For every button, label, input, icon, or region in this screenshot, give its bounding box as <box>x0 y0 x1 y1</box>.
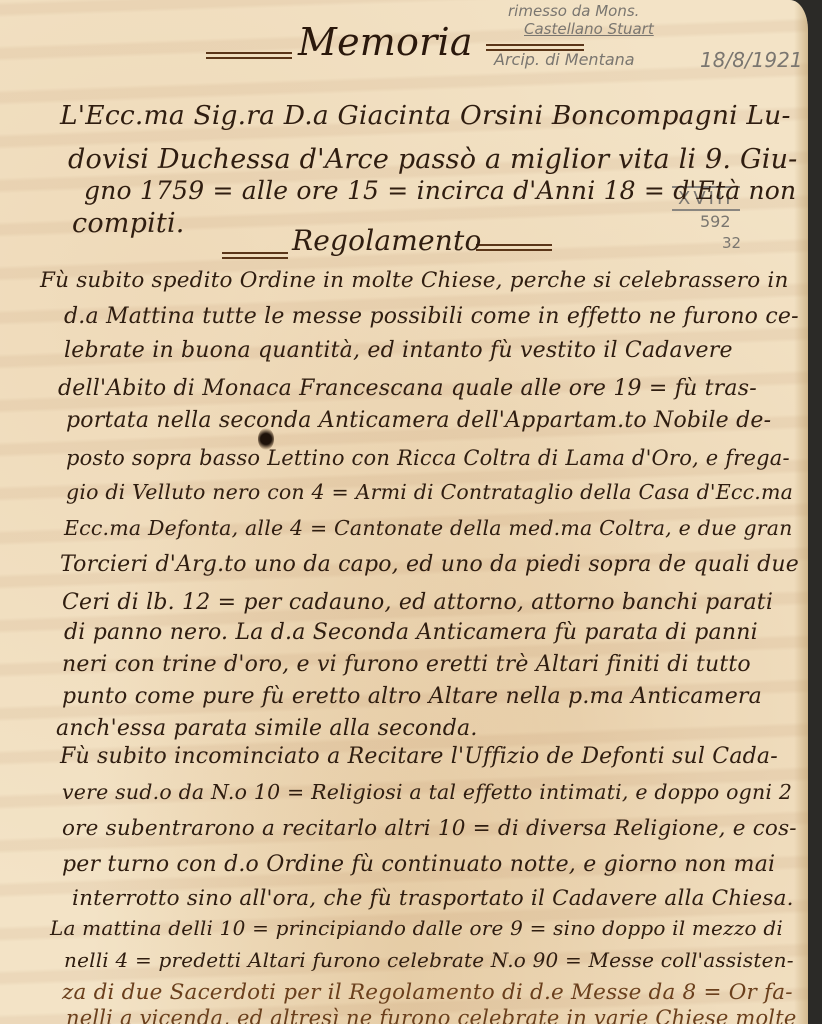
annotation-remitted-by: rimesso da Mons. <box>508 2 639 20</box>
body-line: punto come pure fù eretto altro Altare n… <box>62 684 762 709</box>
heading-rule-right <box>476 244 552 251</box>
body-line: portata nella seconda Anticamera dell'Ap… <box>66 408 771 433</box>
annotation-location: Arcip. di Mentana <box>494 50 635 69</box>
body-line: lebrate in buona quantità, ed intanto fù… <box>64 338 733 363</box>
body-line: interrotto sino all'ora, che fù trasport… <box>72 886 794 911</box>
body-line: gio di Velluto nero con 4 = Armi di Cont… <box>66 480 793 504</box>
body-line: vere sud.o da N.o 10 = Religiosi a tal e… <box>62 780 792 804</box>
annotation-name: Castellano Stuart <box>524 20 654 38</box>
intro-line: compiti. <box>72 208 185 239</box>
heading-rule-left <box>222 252 288 259</box>
intro-line: L'Ecc.ma Sig.ra D.a Giacinta Orsini Bonc… <box>60 100 791 131</box>
intro-line: dovisi Duchessa d'Arce passò a miglior v… <box>68 144 798 175</box>
annotation-date: 18/8/1921 <box>700 48 803 72</box>
body-line: Torcieri d'Arg.to uno da capo, ed uno da… <box>60 552 799 577</box>
body-line: per turno con d.o Ordine fù continuato n… <box>62 852 775 877</box>
manuscript-page: rimesso da Mons. Castellano Stuart Arcip… <box>0 0 808 1024</box>
body-line: Ecc.ma Defonta, alle 4 = Cantonate della… <box>64 516 793 540</box>
body-line: nelli a vicenda, ed altresì ne furono ce… <box>66 1006 796 1024</box>
body-line: ore subentrarono a recitarlo altri 10 = … <box>62 816 797 841</box>
body-line: anch'essa parata simile alla seconda. <box>56 716 478 741</box>
intro-line: gno 1759 = alle ore 15 = incirca d'Anni … <box>84 176 796 205</box>
section-heading: Regolamento <box>292 224 482 257</box>
body-line: d.a Mattina tutte le messe possibili com… <box>64 304 799 329</box>
body-line: nelli 4 = predetti Altari furono celebra… <box>64 948 794 972</box>
body-line: Fù subito incominciato a Recitare l'Uffi… <box>60 744 778 769</box>
ink-blot <box>258 428 274 450</box>
body-line: Ceri di lb. 12 = per cadauno, ed attorno… <box>62 590 773 615</box>
title-rule-right <box>486 44 584 51</box>
annotation-page-number: 32 <box>722 234 741 252</box>
page-title: Memoria <box>298 20 473 64</box>
body-line: Fù subito spedito Ordine in molte Chiese… <box>40 268 789 293</box>
body-line: posto sopra basso Lettino con Ricca Colt… <box>66 446 790 470</box>
body-line: neri con trine d'oro, e vi furono eretti… <box>62 652 751 677</box>
annotation-folio: 592 <box>700 212 731 231</box>
body-line: di panno nero. La d.a Seconda Anticamera… <box>64 620 758 645</box>
body-line: dell'Abito di Monaca Francescana quale a… <box>58 376 757 401</box>
body-line: La mattina delli 10 = principiando dalle… <box>50 916 783 940</box>
title-rule-left <box>206 52 292 59</box>
body-line: za di due Sacerdoti per il Regolamento d… <box>62 980 793 1005</box>
